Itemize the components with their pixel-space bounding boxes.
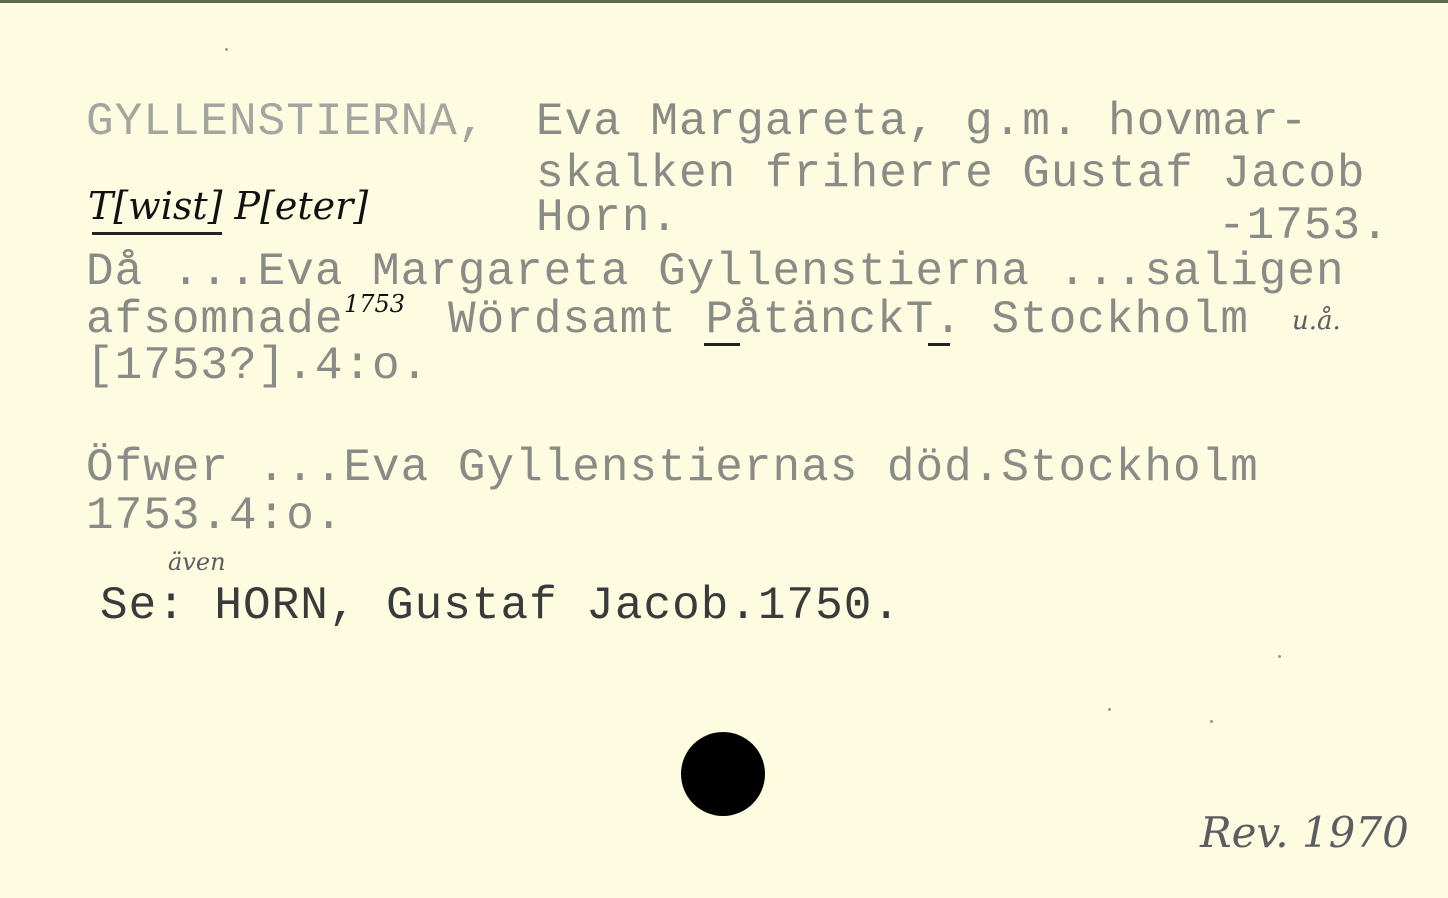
entry1-line-2-b: Wördsamt PåtänckT. Stockholm <box>448 294 1249 346</box>
paper-speck <box>1278 655 1281 658</box>
paper-speck <box>1210 720 1213 723</box>
paper-speck <box>225 48 228 51</box>
handwritten-u-a: u.å. <box>1292 306 1341 336</box>
catalog-card: GYLLENSTIERNA, Eva Margareta, g.m. hovma… <box>0 0 1448 898</box>
entry1-line-2-a: afsomnade <box>86 294 343 346</box>
handwritten-author-note: T[wist] P[eter] <box>88 184 368 228</box>
entry1-line-3: [1753?].4:o. <box>86 340 429 392</box>
paper-speck <box>1108 708 1111 711</box>
card-top-edge <box>0 0 1448 3</box>
inserted-year-1753: 1753 <box>344 290 405 318</box>
handwritten-aven: även <box>168 548 226 576</box>
header-line-1: Eva Margareta, g.m. hovmar- <box>536 96 1308 148</box>
entry1-line-1: Då ...Eva Margareta Gyllenstierna ...sal… <box>86 246 1345 298</box>
punch-hole <box>681 732 765 816</box>
underline-P <box>704 343 740 346</box>
header-line-3-right: -1753. <box>1218 200 1390 252</box>
underline-T <box>928 343 950 346</box>
header-line-3-left: Horn. <box>536 192 679 244</box>
author-underline <box>92 232 222 235</box>
surname-heading: GYLLENSTIERNA, <box>86 96 486 148</box>
revision-note: Rev. 1970 <box>1200 808 1409 857</box>
entry2-line-2: 1753.4:o. <box>86 490 343 542</box>
see-also-reference: Se: HORN, Gustaf Jacob.1750. <box>100 580 901 632</box>
entry2-line-1: Öfwer ...Eva Gyllenstiernas död.Stockhol… <box>86 442 1259 494</box>
